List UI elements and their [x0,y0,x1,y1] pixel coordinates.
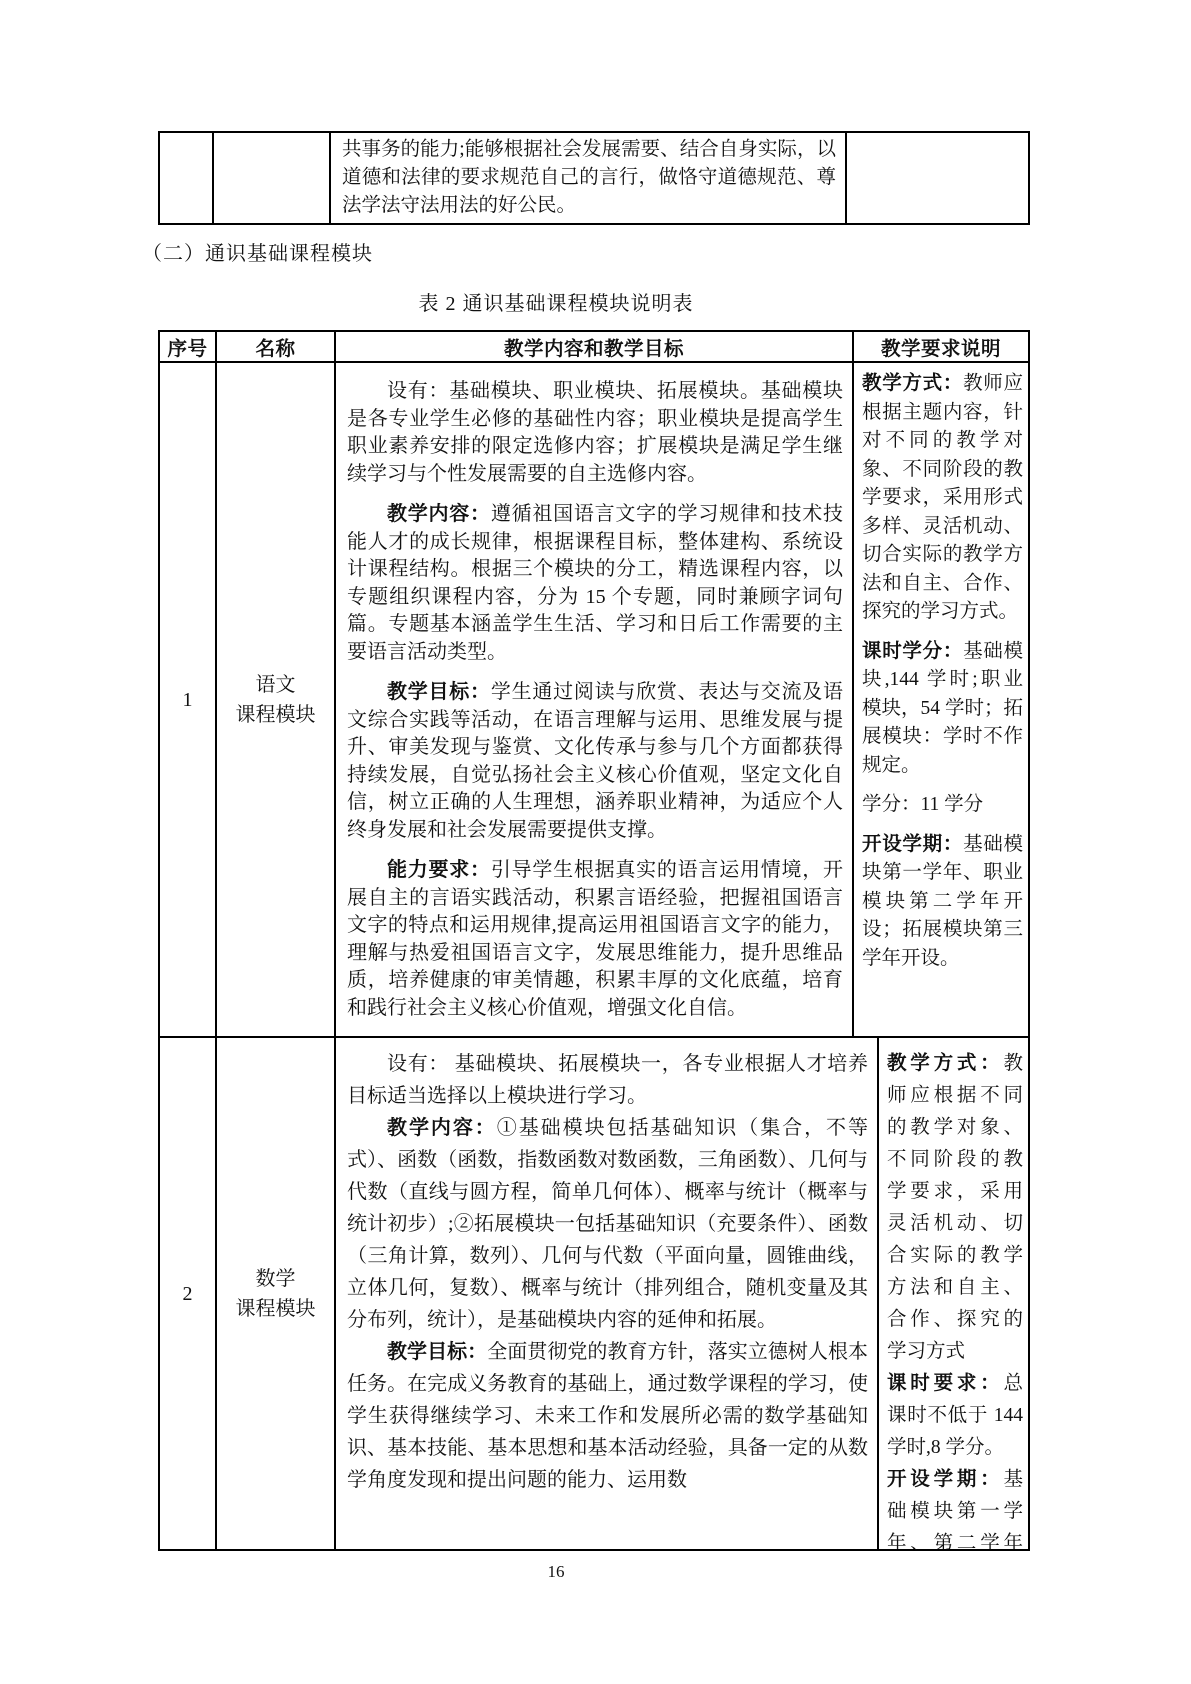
row2-name: 数学 课程模块 [217,1038,336,1549]
carryover-table: 共事务的能力;能够根据社会发展需要、结合自身实际，以道德和法律的要求规范自己的言… [158,131,1030,225]
paragraph: 学分：11 学分 [862,791,1023,820]
page-number: 16 [120,1562,992,1582]
carryover-cell-name [214,133,331,223]
document-page: 共事务的能力;能够根据社会发展需要、结合自身实际，以道德和法律的要求规范自己的言… [0,0,1191,1684]
paragraph: 教学目标：全面贯彻党的教育方针，落实立德树人根本任务。在完成义务教育的基础上，通… [347,1336,868,1496]
paragraph: 开设学期：基础模块第一学年、职业模块第二学年开设；拓展模块第三学年开设。 [862,831,1023,974]
row1-content-cell: 设有：基础模块、职业模块、拓展模块。基础模块是各专业学生必修的基础性内容；职业模… [336,363,854,1036]
row1-name-line2: 课程模块 [236,700,316,730]
header-content: 教学内容和教学目标 [336,332,854,361]
table-header-row: 序号 名称 教学内容和教学目标 教学要求说明 [160,332,1028,363]
carryover-cell-no [160,133,214,223]
header-requirements: 教学要求说明 [854,332,1028,361]
paragraph: 教学方式：教师应根据主题内容，针对不同的教学对象、不同阶段的教学要求，采用形式多… [862,370,1023,627]
paragraph: 教学方式：教师应根据不同的教学对象、不同阶段的教学要求，采用灵活机动、切合实际的… [887,1048,1023,1368]
carryover-cell-requirements [847,133,1028,223]
paragraph: 课时学分：基础模块,144 学时;职业模块，54 学时；拓展模块：学时不作规定。 [862,638,1023,781]
paragraph: 开设学期：基础模块第一学年、第二学年开设;拓展模块第三 [887,1464,1023,1549]
header-no: 序号 [160,332,217,361]
row1-name-line1: 语文 [256,670,296,700]
paragraph: 教学目标：学生通过阅读与欣赏、表达与交流及语文综合实践等活动，在语言理解与运用、… [347,679,843,844]
table-caption: 表 2 通识基础课程模块说明表 [120,287,992,316]
module-table: 序号 名称 教学内容和教学目标 教学要求说明 1 语文 课程模块 设有：基础模块… [158,330,1030,1551]
paragraph: 课时要求：总课时不低于 144 学时,8 学分。 [887,1368,1023,1464]
row1-requirements-cell: 教学方式：教师应根据主题内容，针对不同的教学对象、不同阶段的教学要求，采用形式多… [854,363,1028,1036]
paragraph: 教学内容：遵循祖国语言文字的学习规律和技术技能人才的成长规律，根据课程目标，整体… [347,501,843,666]
row2-no: 2 [160,1038,217,1549]
table-row-chinese: 1 语文 课程模块 设有：基础模块、职业模块、拓展模块。基础模块是各专业学生必修… [160,363,1028,1038]
paragraph: 教学内容：①基础模块包括基础知识（集合，不等式）、函数（函数，指数函数对数函数，… [347,1112,868,1336]
row2-name-line1: 数学 [256,1264,296,1294]
header-name: 名称 [217,332,336,361]
paragraph: 设有： 基础模块、拓展模块一，各专业根据人才培养目标适当选择以上模块进行学习。 [347,1048,868,1112]
row2-name-line2: 课程模块 [236,1294,316,1324]
paragraph: 能力要求：引导学生根据真实的语言运用情境，开展自主的言语实践活动，积累言语经验，… [347,857,843,1022]
section-heading: （二）通识基础课程模块 [142,237,373,266]
table-row-math: 2 数学 课程模块 设有： 基础模块、拓展模块一，各专业根据人才培养目标适当选择… [160,1038,1028,1549]
carryover-cell-content: 共事务的能力;能够根据社会发展需要、结合自身实际，以道德和法律的要求规范自己的言… [331,133,847,223]
row1-name: 语文 课程模块 [217,363,336,1036]
row1-no: 1 [160,363,217,1036]
row2-requirements-cell: 教学方式：教师应根据不同的教学对象、不同阶段的教学要求，采用灵活机动、切合实际的… [879,1038,1028,1549]
paragraph: 设有：基础模块、职业模块、拓展模块。基础模块是各专业学生必修的基础性内容；职业模… [347,378,843,488]
row2-content-cell: 设有： 基础模块、拓展模块一，各专业根据人才培养目标适当选择以上模块进行学习。 … [336,1038,879,1549]
